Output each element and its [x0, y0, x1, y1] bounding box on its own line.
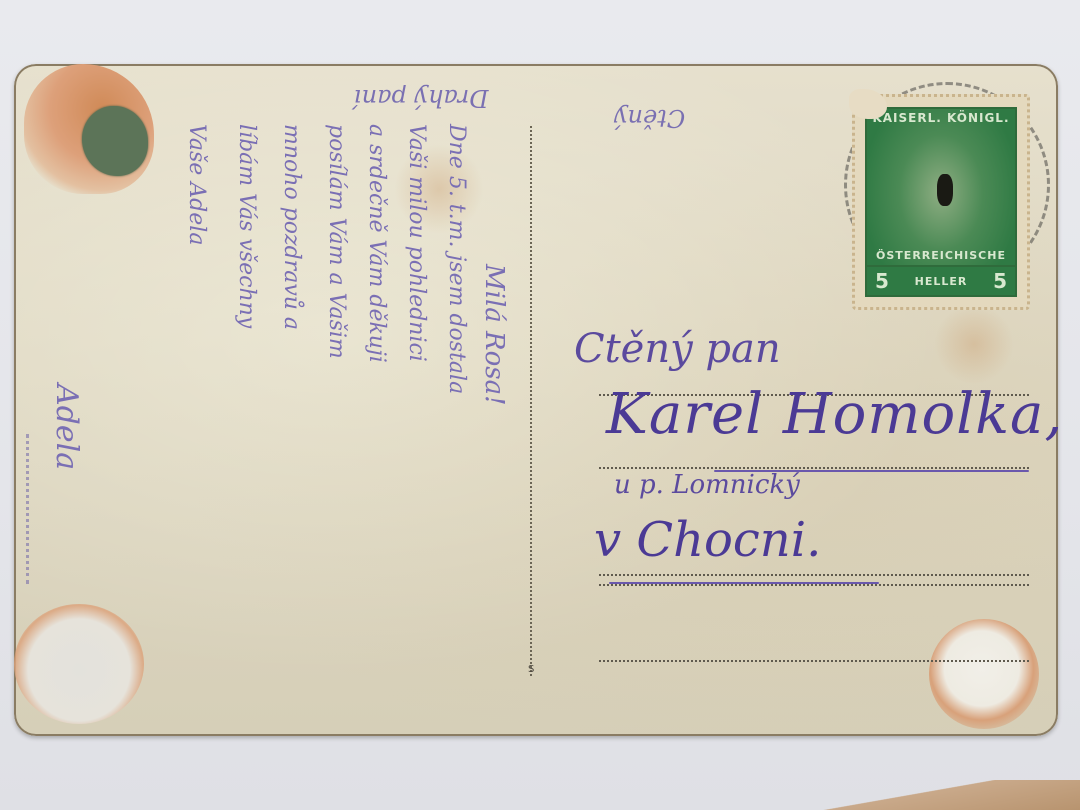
stamp-value-row: 5 HELLER 5	[867, 265, 1015, 295]
address-line-5	[599, 660, 1029, 662]
address-line-3	[599, 574, 1029, 576]
address-salutation: Ctěný pan	[574, 326, 781, 372]
address-line-2	[599, 467, 1029, 469]
green-paper-residue	[82, 106, 148, 176]
signature-flourish	[26, 434, 33, 584]
message-greeting: Milá Rosa!	[479, 264, 509, 406]
message-line: líbám Vás všechny	[234, 124, 259, 328]
address-line-4	[599, 584, 1029, 586]
white-paper-residue	[929, 619, 1039, 729]
message-line: posílám Vám a Vašim	[324, 124, 349, 359]
wooden-surface-edge	[820, 780, 1080, 810]
stamp-value-unit: HELLER	[915, 275, 968, 288]
message-line: Vaši milou pohlednici	[404, 124, 429, 362]
stamp-value-left: 5	[867, 269, 897, 293]
center-divider-line	[530, 126, 532, 676]
message-line: Vaše Adela	[184, 124, 209, 245]
torn-corner	[849, 89, 887, 119]
pale-glue-stain	[14, 604, 144, 724]
address-place: v Chocni.	[594, 512, 821, 568]
age-spot	[934, 304, 1014, 384]
address-care-of: u p. Lomnický	[614, 470, 800, 500]
postage-stamp: KAISERL. KÖNIGL. ÖSTERREICHISCHE 5 HELLE…	[852, 94, 1030, 310]
postcard: S KAISERL. KÖNIGL. ÖSTERREICHISCHE 5 HEL…	[14, 64, 1058, 736]
address-name: Karel Homolka,	[606, 382, 1058, 447]
message-line: mnoho pozdravů a	[279, 124, 304, 330]
printed-mark: S	[528, 664, 534, 675]
message-line: a srdečně Vám děkuji	[364, 124, 389, 363]
stamp-bottom-text: ÖSTERREICHISCHE	[867, 249, 1015, 262]
header-scrawl-left: Drahý paní	[354, 84, 488, 112]
stamp-top-text: KAISERL. KÖNIGL.	[867, 111, 1015, 125]
stamp-value-right: 5	[985, 269, 1015, 293]
message-line: Dne 5. t.m. jsem dostala	[444, 124, 469, 394]
stamp-hole	[937, 174, 953, 206]
stamp-image: KAISERL. KÖNIGL. ÖSTERREICHISCHE 5 HELLE…	[865, 107, 1017, 297]
place-underline	[609, 582, 879, 584]
header-scrawl-right: Ctěný	[614, 104, 685, 132]
signature: Adela	[49, 384, 84, 470]
